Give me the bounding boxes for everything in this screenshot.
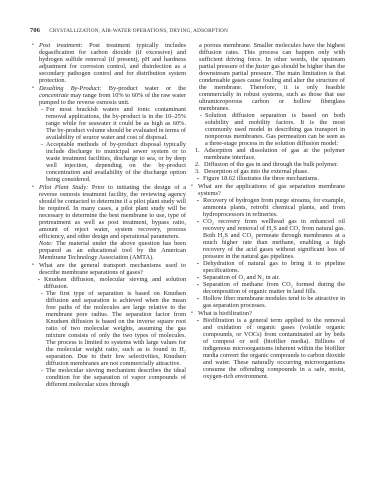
bullet-marker: ▪ bbox=[197, 281, 199, 288]
list-item: -Acceptable methods of by-product dispos… bbox=[32, 141, 186, 183]
list-item: •What are the general transport mechanis… bbox=[32, 262, 186, 276]
bullet-marker: ▪ bbox=[197, 218, 199, 225]
bullet-marker: • bbox=[191, 183, 193, 190]
list-item: •What are the applications of gas separa… bbox=[191, 183, 345, 197]
text-segment: Knudsen diffusion, molecular sieving and… bbox=[44, 276, 186, 290]
bullet-marker: • bbox=[32, 184, 34, 191]
text-segment: Desalting By-Product: bbox=[39, 85, 109, 92]
text-segment: What are the applications of gas separat… bbox=[198, 183, 345, 197]
bullet-marker: - bbox=[41, 367, 43, 374]
list-item: ▪Recovery of hydrogen from purge streams… bbox=[191, 197, 345, 218]
bullet-marker: 3. bbox=[195, 168, 200, 175]
bullet-marker: ▪ bbox=[197, 175, 199, 182]
text-segment: The material under the above question ha… bbox=[39, 240, 186, 261]
book-page: 706 CRYSTALLIZATION, AIR-WATER OPERATION… bbox=[0, 0, 370, 480]
numbered-item: 1.Adsorption and dissolution of gas at t… bbox=[191, 147, 345, 161]
text-segment: Acceptable methods of by-product disposa… bbox=[46, 141, 186, 183]
bullet-marker: ▪ bbox=[197, 274, 199, 281]
text-segment: Note: bbox=[39, 240, 56, 247]
bullet-marker: • bbox=[32, 42, 34, 49]
bullet-marker: - bbox=[41, 141, 43, 148]
page-number: 706 bbox=[30, 27, 40, 34]
list-item: -For most brackish waters and ionic cont… bbox=[32, 106, 186, 141]
bullet-marker: ▪ bbox=[197, 295, 199, 302]
bullet-marker: ▪ bbox=[197, 317, 199, 324]
text-segment: By-product water or the bbox=[109, 85, 186, 92]
text-segment: Biofiltration is a general term applied … bbox=[203, 317, 345, 380]
text-segment: The molecular sieving mechanism describe… bbox=[46, 367, 186, 388]
bullet-marker: • bbox=[191, 310, 193, 317]
bullet-marker: ▪ bbox=[197, 197, 199, 204]
text-segment: Hollow fiber membrane modules tend to be… bbox=[203, 295, 345, 309]
list-item: •Post treatment: Post treatment typicall… bbox=[32, 42, 186, 84]
text-segment: For most brackish waters and ionic conta… bbox=[46, 106, 186, 141]
text-segment: Separation of O₂ and N₂ in air. bbox=[203, 274, 280, 281]
text-segment: Desorption of gas into the external phas… bbox=[204, 168, 309, 175]
bullet-marker: - bbox=[41, 290, 43, 297]
text-segment: Solution diffusion separation is based o… bbox=[205, 112, 345, 147]
text-segment: What is biofiltration? bbox=[198, 310, 252, 317]
list-item: -The molecular sieving mechanism describ… bbox=[32, 367, 186, 388]
list-item: ▪Separation of O₂ and N₂ in air. bbox=[191, 274, 345, 281]
text-segment: Dehydration of natural gas to bring it t… bbox=[203, 260, 345, 274]
bullet-marker: • bbox=[32, 85, 34, 92]
text-segment: Figure 18.62 illustrates the three mecha… bbox=[203, 175, 319, 182]
paragraph: a porous membrane. Smaller molecules hav… bbox=[191, 42, 345, 112]
bullet-marker: • bbox=[32, 262, 34, 269]
running-head-title: CRYSTALLIZATION, AIR-WATER OPERATIONS, D… bbox=[49, 28, 228, 34]
list-item: ▪Knudsen diffusion, molecular sieving an… bbox=[32, 276, 186, 290]
numbered-item: 2.Diffusion of the gas in and through th… bbox=[191, 161, 345, 168]
page-body: •Post treatment: Post treatment typicall… bbox=[32, 42, 345, 388]
text-segment: Adsorption and dissolution of gas at the… bbox=[204, 147, 345, 161]
list-item: ▪Dehydration of natural gas to bring it … bbox=[191, 260, 345, 274]
list-item: ▪Hollow fiber membrane modules tend to b… bbox=[191, 295, 345, 309]
text-segment: Separation of methane from CO₂ formed du… bbox=[203, 281, 345, 295]
list-item: •Pilot Plant Study: Prior to initiating … bbox=[32, 184, 186, 240]
text-segment: What are the general transport mechanism… bbox=[39, 262, 186, 276]
bullet-marker: 1. bbox=[195, 147, 200, 154]
text-segment: faster bbox=[255, 63, 269, 70]
bullet-marker: 2. bbox=[195, 161, 200, 168]
bullet-marker: - bbox=[41, 106, 43, 113]
list-item: ▪Figure 18.62 illustrates the three mech… bbox=[191, 175, 345, 182]
right-column: a porous membrane. Smaller molecules hav… bbox=[191, 42, 345, 388]
text-segment: CO₂ recovery from wellhead gas in enhanc… bbox=[203, 218, 345, 260]
text-segment: concentrate bbox=[39, 92, 69, 99]
text-segment: gas should be higher than the downstream… bbox=[199, 63, 345, 112]
bullet-marker: - bbox=[200, 112, 202, 119]
text-segment: Post treatment typically includes degasi… bbox=[39, 42, 186, 84]
list-item: -The first type of separation is based o… bbox=[32, 290, 186, 367]
text-segment: Pilot Plant Study: bbox=[39, 184, 92, 191]
left-column: •Post treatment: Post treatment typicall… bbox=[32, 42, 186, 388]
text-segment: Recovery of hydrogen from purge streams,… bbox=[203, 197, 345, 218]
list-item: ▪Separation of methane from CO₂ formed d… bbox=[191, 281, 345, 295]
list-item: •What is biofiltration? bbox=[191, 310, 345, 317]
list-item: ▪Biofiltration is a general term applied… bbox=[191, 317, 345, 380]
text-segment: Prior to initiating the design of a reve… bbox=[39, 184, 186, 240]
running-header: 706 CRYSTALLIZATION, AIR-WATER OPERATION… bbox=[30, 27, 345, 34]
bullet-marker: ▪ bbox=[38, 276, 40, 283]
list-item: •Desalting By-Product: By-product water … bbox=[32, 85, 186, 106]
numbered-item: 3.Desorption of gas into the external ph… bbox=[191, 168, 345, 175]
list-item: -Solution diffusion separation is based … bbox=[191, 112, 345, 147]
list-item: ▪CO₂ recovery from wellhead gas in enhan… bbox=[191, 218, 345, 260]
paragraph: Note: The material under the above quest… bbox=[32, 240, 186, 261]
text-segment: Post treatment: bbox=[39, 42, 89, 49]
bullet-marker: ▪ bbox=[197, 260, 199, 267]
text-segment: The first type of separation is based on… bbox=[46, 290, 186, 367]
text-segment: Diffusion of the gas in and through the … bbox=[204, 161, 338, 168]
